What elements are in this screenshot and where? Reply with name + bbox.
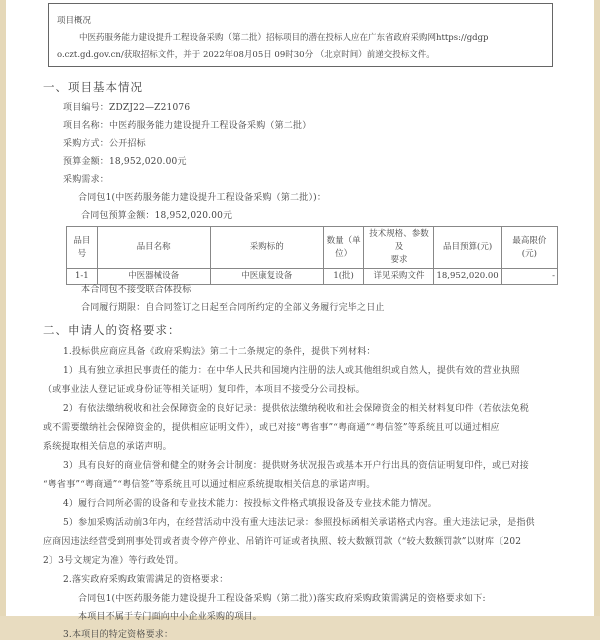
contract-package-title: 合同包1(中医药服务能力建设提升工程设备采购（第二批）)：: [78, 190, 326, 203]
overview-line-2: o.czt.gd.gov.cn/获取招标文件，并于 2022年08月05日 09…: [57, 48, 435, 60]
requirement-1-3-line-a: 3）具有良好的商业信誉和健全的财务会计制度：提供财务状况报告或基本开户行出具的资…: [63, 458, 529, 471]
project-number: 项目编号：ZDZJ22—Z21076: [63, 100, 190, 113]
cell-max-price: -: [501, 269, 557, 285]
requirement-1-5-line-a: 5）参加采购活动前3年内，在经营活动中没有重大违法记录：参照投标函相关承诺格式内…: [63, 515, 535, 528]
no-consortium-note: 本合同包不接受联合体投标: [81, 282, 191, 295]
page-margin-right: [594, 0, 600, 616]
procurement-method: 采购方式：公开招标: [63, 136, 146, 149]
contract-package-budget: 合同包预算金额：18,952,020.00元: [81, 208, 232, 221]
col-max-price: 最高限价(元): [501, 227, 557, 269]
table-header-row: 品目号 品目名称 采购标的 数量（单位） 技术规格、参数及要求 品目预算(元) …: [67, 227, 558, 269]
requirement-2-package: 合同包1(中医药服务能力建设提升工程设备采购（第二批）)落实政府采购政策需满足的…: [78, 591, 486, 604]
requirement-1-1-line-a: 1）具有独立承担民事责任的能力：在中华人民共和国境内注册的法人或其他组织或自然人…: [63, 363, 520, 376]
requirement-2: 2.落实政府采购政策需满足的资格要求：: [63, 572, 228, 585]
col-quantity: 数量（单位）: [323, 227, 364, 269]
document-page: 项目概况 中医药服务能力建设提升工程设备采购（第二批）招标项目的潜在投标人应在广…: [6, 0, 594, 616]
overview-title: 项目概况: [57, 14, 91, 26]
requirement-1-2-line-b: 或不需要缴纳社会保障资金的，提供相应证明文件），或已对接“粤省事”“粤商通”“粤…: [43, 420, 500, 433]
requirement-1-5-line-b: 应商因违法经营受到刑事处罚或者责令停产停业、吊销许可证或者执照、较大数额罚款（“…: [43, 534, 521, 547]
requirement-1-2-line-a: 2）有依法缴纳税收和社会保障资金的良好记录：提供依法缴纳税收和社会保障资金的相关…: [63, 401, 529, 414]
procurement-requirement-label: 采购需求：: [63, 172, 109, 185]
requirement-1-1-line-b: （或事业法人登记证或身份证等相关证明）复印件，本项目不接受分公司投标。: [43, 382, 365, 395]
col-specs: 技术规格、参数及要求: [364, 227, 434, 269]
procurement-items-table: 品目号 品目名称 采购标的 数量（单位） 技术规格、参数及要求 品目预算(元) …: [66, 226, 558, 285]
col-item-budget: 品目预算(元): [434, 227, 501, 269]
cell-item-budget: 18,952,020.00: [434, 269, 501, 285]
requirement-1-3-line-b: “粤省事”“粤商通”“粤信签”等系统且可以通过相应系统提取相关信息的承诺声明。: [43, 477, 375, 490]
section-1-heading: 一、项目基本情况: [43, 79, 143, 95]
cell-quantity: 1(批): [323, 269, 364, 285]
project-overview-box: 项目概况 中医药服务能力建设提升工程设备采购（第二批）招标项目的潜在投标人应在广…: [48, 3, 553, 67]
project-name: 项目名称：中医药服务能力建设提升工程设备采购（第二批）: [63, 118, 311, 131]
col-subject: 采购标的: [210, 227, 323, 269]
col-item-name: 品目名称: [97, 227, 210, 269]
budget-amount: 预算金额：18,952,020.00元: [63, 154, 187, 167]
requirement-1-5-line-c: 2〕3号文规定为准）等行政处罚。: [43, 553, 184, 566]
contract-period: 合同履行期限：自合同签订之日起至合同所约定的全部义务履行完毕之日止: [81, 300, 385, 313]
section-2-heading: 二、申请人的资格要求：: [43, 322, 181, 338]
col-item-no: 品目号: [67, 227, 98, 269]
cell-specs: 详见采购文件: [364, 269, 434, 285]
requirement-2-note: 本项目不属于专门面向中小企业采购的项目。: [78, 609, 262, 616]
requirement-1-4: 4）履行合同所必需的设备和专业技术能力：按投标文件格式填报设备及专业技术能力情况…: [63, 496, 437, 509]
requirement-1-2-line-c: 系统提取相关信息的承诺声明。: [43, 439, 172, 452]
cell-subject: 中医康复设备: [210, 269, 323, 285]
requirement-1: 1.投标供应商应具备《政府采购法》第二十二条规定的条件，提供下列材料：: [63, 344, 376, 357]
overview-line-1: 中医药服务能力建设提升工程设备采购（第二批）招标项目的潜在投标人应在广东省政府采…: [79, 31, 488, 43]
